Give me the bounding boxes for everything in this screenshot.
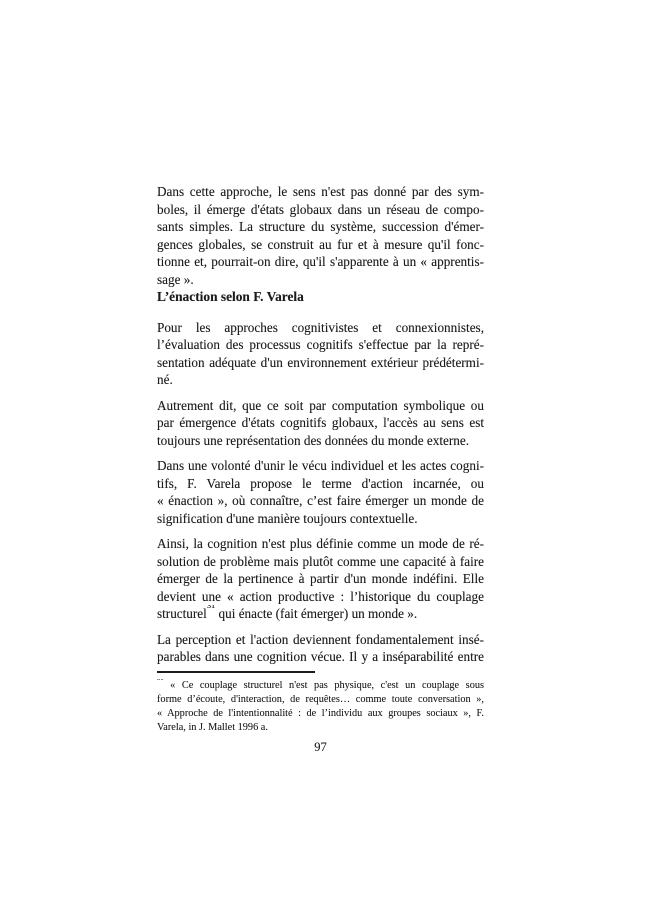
footnote-ref-31: 31 <box>207 605 215 610</box>
body-line: signification d'une manière toujours con… <box>157 510 484 528</box>
body-line: sants simples. La structure du système, … <box>157 218 484 236</box>
body-line-with-footnote-ref: structurel31 qui énacte (fait émerger) u… <box>157 605 484 623</box>
body-line: Dans cette approche, le sens n'est pas d… <box>157 183 484 201</box>
text-column: Dans cette approche, le sens n'est pas d… <box>157 183 484 755</box>
footnote-line: « Approche de l'intentionnalité : de l’i… <box>157 707 484 721</box>
body-line: Dans une volonté d'unir le vécu individu… <box>157 457 484 475</box>
body-line: l’évaluation des processus cognitifs s'e… <box>157 336 484 354</box>
section-heading: L’énaction selon F. Varela <box>157 288 484 306</box>
body-line: émerger de la pertinence à partir d'un m… <box>157 570 484 588</box>
paragraph-action-incarnee: Dans une volonté d'unir le vécu individu… <box>157 457 484 527</box>
body-line: toujours une représentation des données … <box>157 432 484 450</box>
footnote-line: Varela, in J. Mallet 1996 a. <box>157 721 484 735</box>
line-text: structurel <box>157 606 207 621</box>
paragraph-symbols-emergence: Dans cette approche, le sens n'est pas d… <box>157 183 484 288</box>
footnote-text: « Ce couplage structurel n'est pas physi… <box>164 680 484 691</box>
paragraph-action-productive: Ainsi, la cognition n'est plus définie c… <box>157 535 484 623</box>
footnote-line: 31 « Ce couplage structurel n'est pas ph… <box>157 679 484 693</box>
paragraph-representation-external-world: Autrement dit, que ce soit par computati… <box>157 397 484 450</box>
body-line: Pour les approches cognitivistes et conn… <box>157 319 484 337</box>
footnote-marker: 31 <box>157 679 164 682</box>
body-line: devient une « action productive : l’hist… <box>157 588 484 606</box>
footnote-line: forme d’écoute, d'interaction, de requêt… <box>157 693 484 707</box>
body-line: par émergence d'états cognitifs globaux,… <box>157 414 484 432</box>
body-line: Autrement dit, que ce soit par computati… <box>157 397 484 415</box>
body-line: sentation adéquate d'un environnement ex… <box>157 354 484 372</box>
body-line: solution de problème mais plutôt comme u… <box>157 553 484 571</box>
document-page: Dans cette approche, le sens n'est pas d… <box>0 0 650 920</box>
body-line: tionne et, pourrait-on dire, qu'il s'app… <box>157 253 484 271</box>
body-line: Ainsi, la cognition n'est plus définie c… <box>157 535 484 553</box>
page-number: 97 <box>157 739 484 755</box>
footnote-31: 31 « Ce couplage structurel n'est pas ph… <box>157 679 484 736</box>
body-line: parables dans une cognition vécue. Il y … <box>157 648 484 666</box>
footnote-separator-rule <box>157 671 315 673</box>
body-line: gences globales, se construit au fur et … <box>157 236 484 254</box>
body-line: « énaction », où connaître, c’est faire … <box>157 492 484 510</box>
paragraph-perception-action: La perception et l'action deviennent fon… <box>157 631 484 666</box>
body-line: La perception et l'action deviennent fon… <box>157 631 484 649</box>
body-line: boles, il émerge d'états globaux dans un… <box>157 201 484 219</box>
line-text: qui énacte (fait émerger) un monde ». <box>215 606 417 621</box>
paragraph-cognitivist-approaches: Pour les approches cognitivistes et conn… <box>157 319 484 389</box>
body-line: né. <box>157 371 484 389</box>
body-line: sage ». <box>157 271 484 289</box>
body-line: tifs, F. Varela propose le terme d'actio… <box>157 475 484 493</box>
